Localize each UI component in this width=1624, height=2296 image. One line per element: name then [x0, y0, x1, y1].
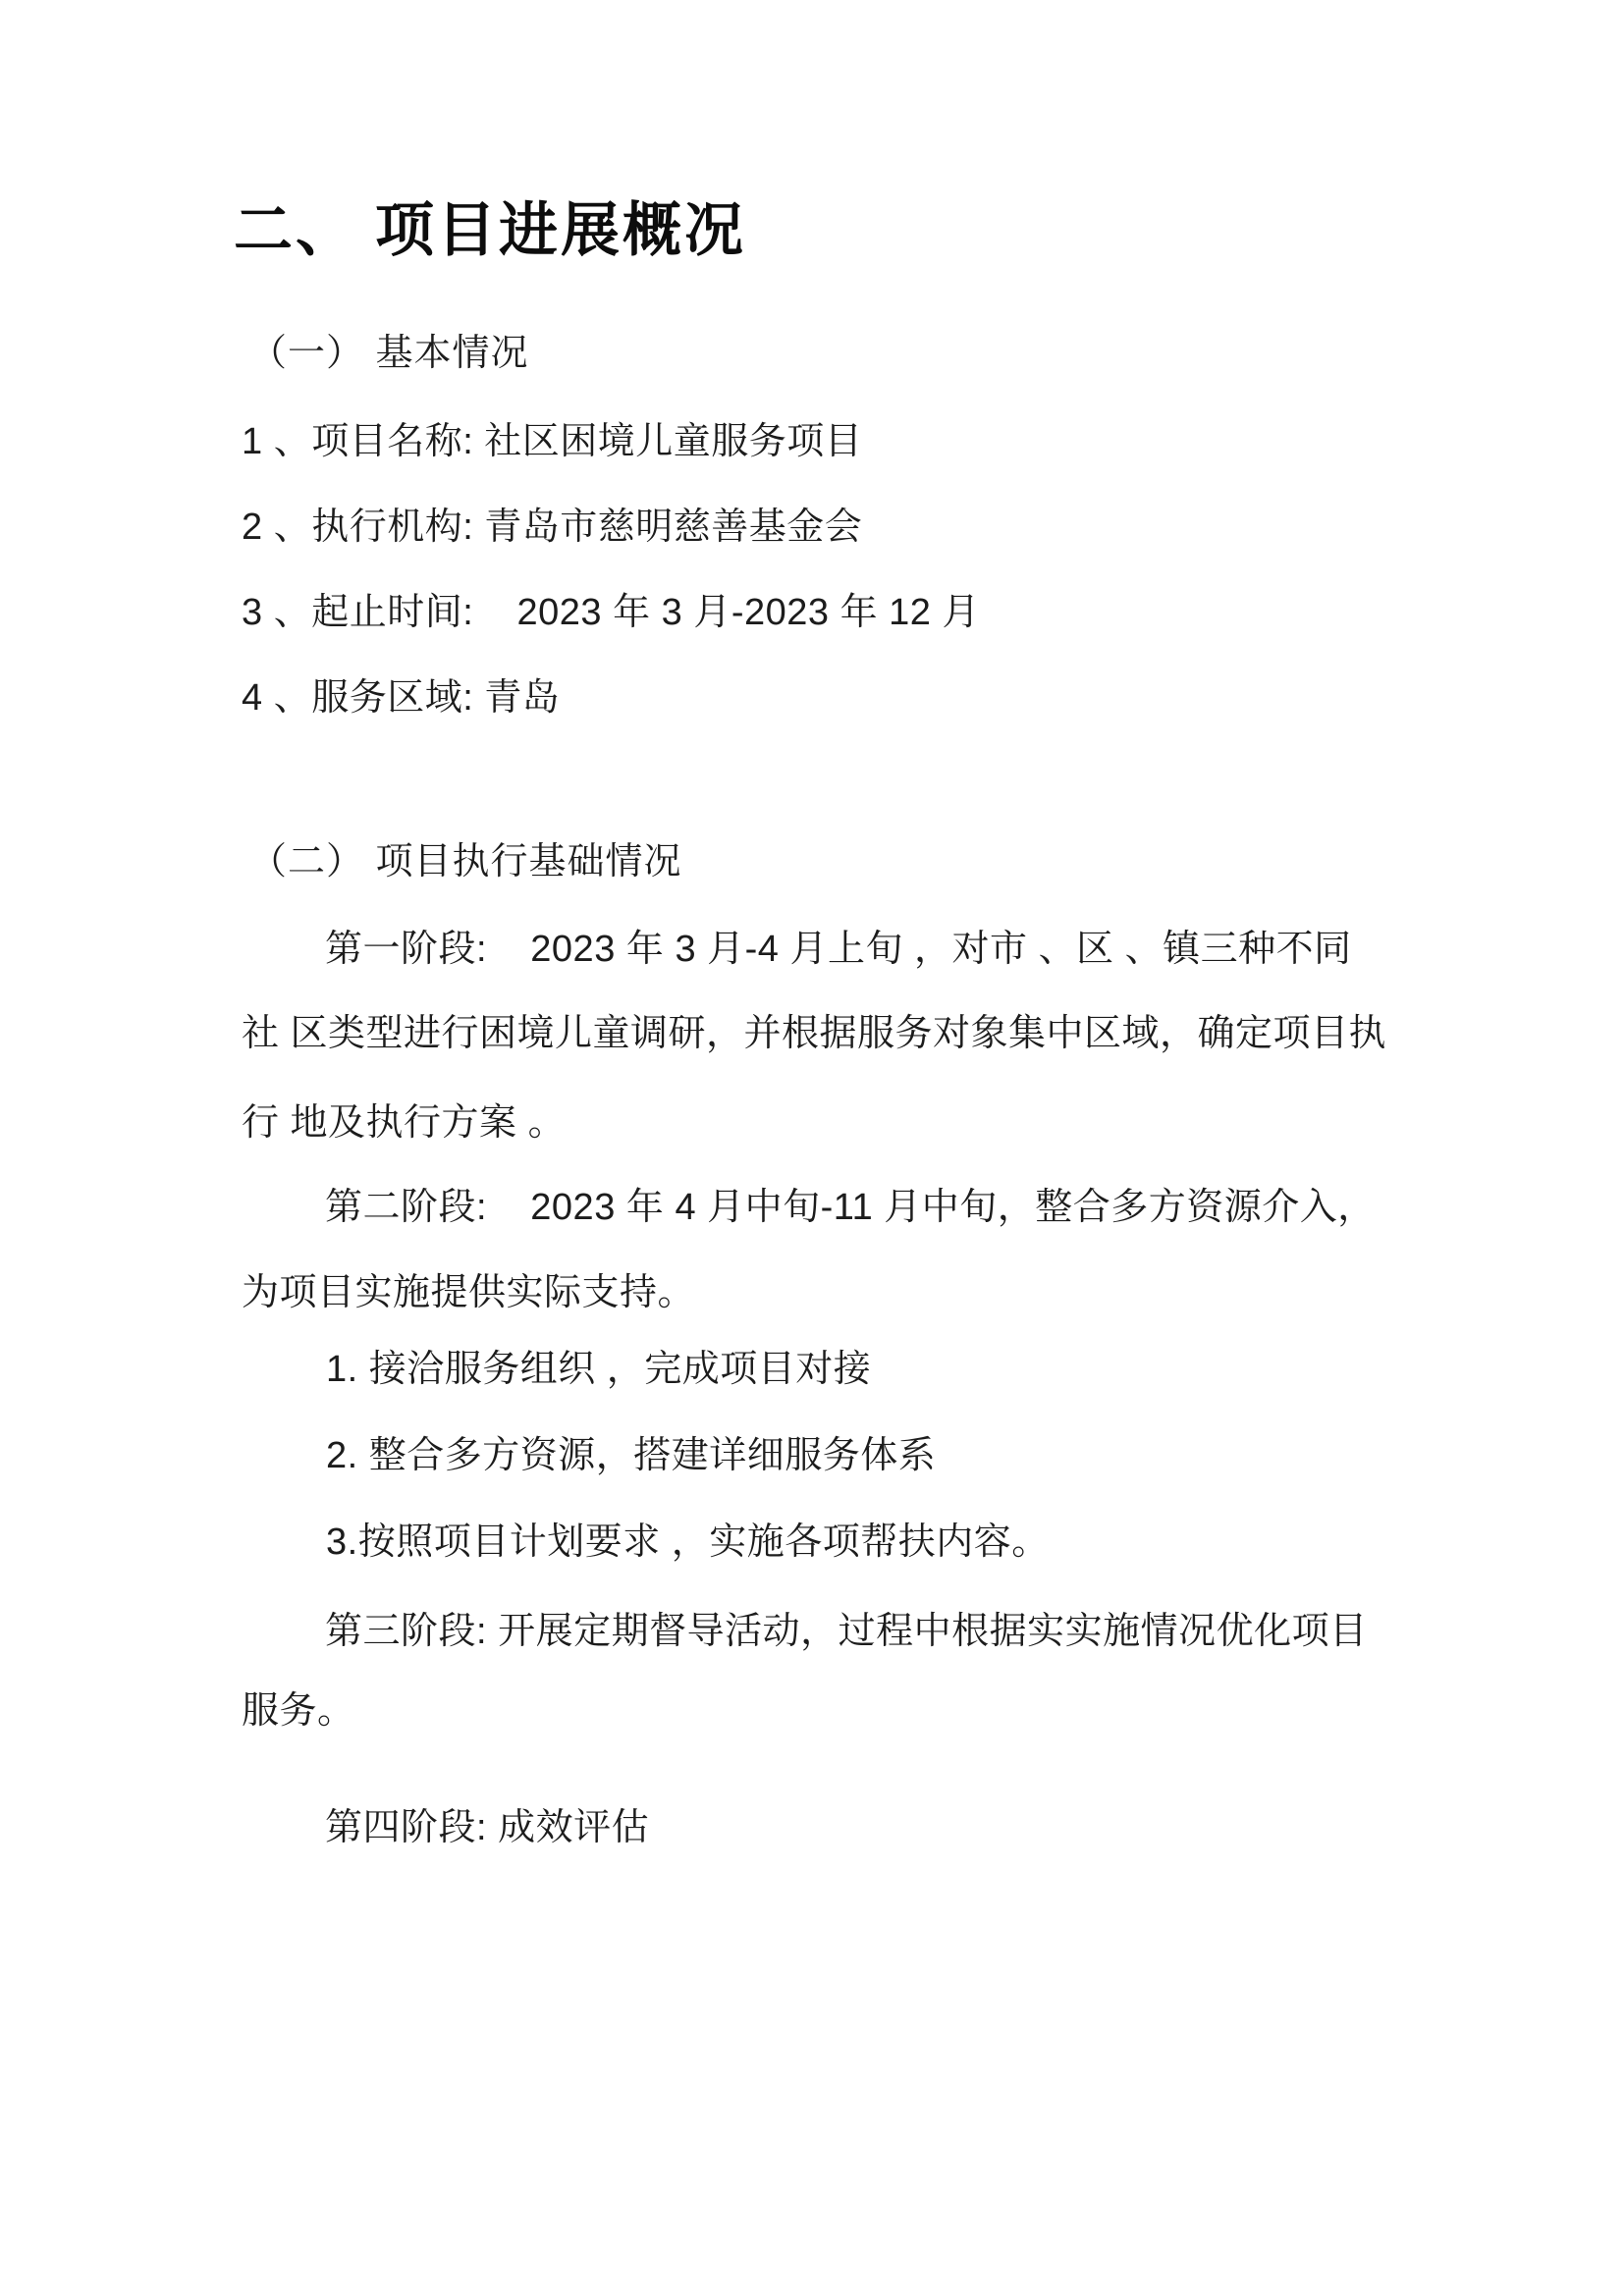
stage1-line1: 第一阶段: 2023 年 3 月-4 月上旬 ，对市 、区 、镇三种不同: [325, 926, 1352, 973]
stage3-line2: 服务。: [242, 1687, 355, 1735]
stage2-subitem-3: 3.按照项目计划要求 ，实施各项帮扶内容。: [326, 1519, 1050, 1566]
item-service-area: 4 、服务区域: 青岛: [242, 674, 560, 721]
stage1-line3: 行 地及执行方案 。: [242, 1099, 566, 1147]
stage2-subitem-1: 1. 接洽服务组织 ，完成项目对接: [326, 1346, 871, 1393]
item-duration: 3 、起止时间: 2023 年 3 月-2023 年 12 月: [242, 589, 980, 636]
stage2-line1: 第二阶段: 2023 年 4 月中旬-11 月中旬，整合多方资源介入，: [325, 1184, 1376, 1231]
document-title: 二、 项目进展概况: [234, 194, 746, 267]
stage1-line2: 社 区类型进行困境儿童调研，并根据服务对象集中区域，确定项目执: [242, 1010, 1386, 1057]
stage2-line2: 为项目实施提供实际支持。: [242, 1269, 695, 1316]
stage3-line1: 第三阶段: 开展定期督导活动，过程中根据实实施情况优化项目: [325, 1608, 1368, 1655]
section2-heading: （二） 项目执行基础情况: [249, 838, 682, 885]
document-page: 二、 项目进展概况 （一） 基本情况 1 、项目名称: 社区困境儿童服务项目 2…: [0, 0, 1624, 2296]
stage2-subitem-2: 2. 整合多方资源，搭建详细服务体系: [326, 1432, 936, 1479]
section1-heading: （一） 基本情况: [249, 330, 529, 377]
stage4-line: 第四阶段: 成效评估: [325, 1804, 649, 1851]
item-executing-agency: 2 、执行机构: 青岛市慈明慈善基金会: [242, 504, 862, 551]
item-project-name: 1 、项目名称: 社区困境儿童服务项目: [242, 418, 862, 465]
